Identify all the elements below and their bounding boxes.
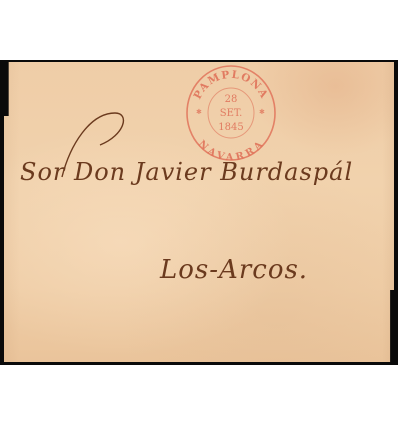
svg-text:✱: ✱ [259,108,265,116]
address-line-1: Sor Don Javier Burdaspál [20,158,353,186]
postmark: PAMPLONA NAVARRA 28 SET. 1845 ✱ ✱ [185,64,277,162]
svg-text:✱: ✱ [196,108,202,116]
postmark-circle-icon: PAMPLONA NAVARRA 28 SET. 1845 ✱ ✱ [185,64,277,162]
address-line-2: Los-Arcos. [160,255,308,285]
postmark-month: SET. [220,108,243,119]
postmark-year: 1845 [218,122,243,133]
postmark-day: 28 [225,94,238,105]
